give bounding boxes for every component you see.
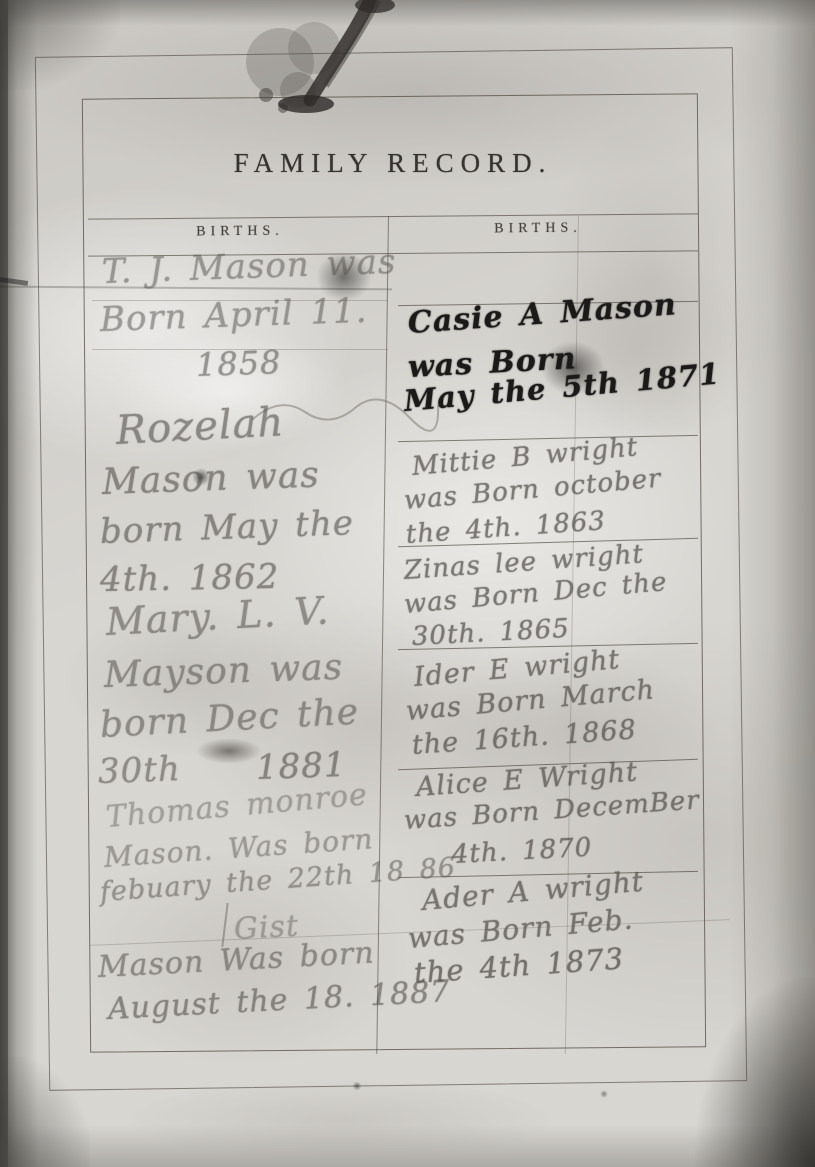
column-header-left: BIRTHS. xyxy=(140,223,340,241)
birth-entry-line: Mayson was xyxy=(103,647,343,696)
stain xyxy=(130,1080,550,1160)
speck xyxy=(600,1090,608,1098)
page-title: FAMILY RECORD. xyxy=(143,148,643,179)
birth-entry-line: Rozelah xyxy=(115,399,286,454)
family-record-scan: FAMILY RECORD. BIRTHS. BIRTHS. T. J. Mas… xyxy=(0,0,815,1167)
scan-edge-left-dark xyxy=(0,0,8,1167)
scan-edge-top xyxy=(0,0,815,26)
birth-entry-line: 30th xyxy=(97,749,181,792)
fold-crease-edge-mark xyxy=(0,277,28,286)
column-header-right: BIRTHS. xyxy=(438,220,638,238)
scan-edge-left xyxy=(0,0,38,1167)
birth-entry-line: 1858 xyxy=(195,343,282,384)
scan-edge-bottom xyxy=(0,1125,815,1167)
birth-entry-line: Mason was xyxy=(101,454,320,503)
